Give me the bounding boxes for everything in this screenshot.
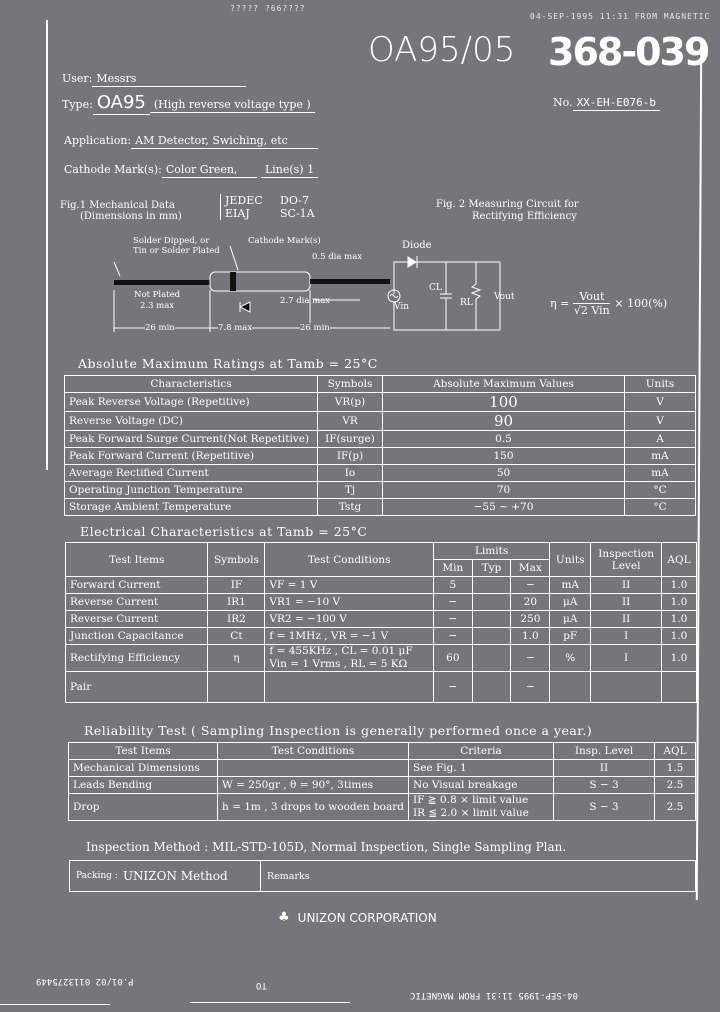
elec-cell-typ — [472, 577, 511, 594]
rel-cell-item: Mechanical Dimensions — [69, 760, 218, 777]
abs-cell-symbol: VR(p) — [318, 393, 383, 412]
formula-numerator: Vout — [573, 290, 610, 304]
abs-cell-value: 70 — [383, 482, 625, 499]
abs-cell-characteristic: Peak Forward Surge Current(Not Repetitiv… — [65, 431, 318, 448]
label-cathode-mark: Cathode Mark(s) — [248, 236, 321, 246]
right-margin-line — [696, 50, 702, 900]
label-not-plated-2: 2.3 max — [134, 301, 180, 312]
elec-cell-min: 5 — [433, 577, 472, 594]
label-not-plated: Not Plated 2.3 max — [134, 290, 180, 312]
rel-cell-insp: S − 3 — [554, 777, 655, 794]
type-value: OA95 — [93, 92, 150, 115]
company-logo: ♣ UNIZON CORPORATION — [278, 910, 437, 925]
fig2-label-cl: CL — [429, 283, 442, 293]
elec-cell-units: μA — [550, 611, 591, 628]
elec-cell-symbol: Ct — [208, 628, 265, 645]
doc-no-label: No. — [553, 96, 573, 109]
efficiency-formula: η = Vout √2 Vin × 100(%) — [550, 290, 667, 317]
fax-header-left: ????? ?66???? — [230, 4, 306, 13]
elec-cell-item: Pair — [66, 672, 208, 703]
application-label: Application: — [64, 134, 131, 147]
fig2-label-vin: Vin — [394, 302, 409, 312]
rel-cell-aql: 2.5 — [655, 794, 696, 821]
rel-col-cond: Test Conditions — [218, 743, 409, 760]
elec-cell-cond: f = 455KHz , CL = 0.01 μFVin = 1 Vrms , … — [265, 645, 434, 672]
rel-cell-crit: See Fig. 1 — [409, 760, 554, 777]
elec-cell-min: − — [433, 672, 472, 703]
table-row: Pair−− — [66, 672, 697, 703]
elec-cell-aql: 1.0 — [662, 645, 697, 672]
doc-no-value: XX-EH-E076-b — [573, 96, 660, 111]
elec-cell-aql: 1.0 — [662, 628, 697, 645]
rel-col-item: Test Items — [69, 743, 218, 760]
left-margin-line — [46, 20, 48, 470]
elec-cell-min: − — [433, 594, 472, 611]
reliability-title: Reliability Test ( Sampling Inspection i… — [84, 723, 592, 738]
elec-col-typ: Typ — [472, 560, 511, 577]
abs-col-characteristics: Characteristics — [65, 376, 318, 393]
abs-cell-symbol: IF(p) — [318, 448, 383, 465]
elec-cell-min: − — [433, 611, 472, 628]
elec-cell-units: % — [550, 645, 591, 672]
elec-cell-min: − — [433, 628, 472, 645]
table-row: Storage Ambient TemperatureTstg−55 ~ +70… — [65, 499, 696, 516]
type-note: (High reverse voltage type ) — [150, 98, 315, 113]
elec-cell-typ — [472, 645, 511, 672]
reliability-table: Test Items Test Conditions Criteria Insp… — [68, 742, 696, 821]
fig1-units: (Dimensions in mm) — [60, 211, 182, 222]
inspection-method-value: MIL-STD-105D, Normal Inspection, Single … — [212, 840, 566, 854]
elec-cell-max: − — [511, 577, 550, 594]
abs-col-symbols: Symbols — [318, 376, 383, 393]
handwritten-ref-no: 368-039 — [548, 30, 708, 74]
fax-footer-left: P.01/02 0113275449 — [36, 976, 134, 986]
cathode-field: Cathode Mark(s):Color Green, Line(s) 1 — [64, 163, 318, 176]
type-label: Type: — [62, 98, 93, 111]
elec-cell-insp: I — [591, 645, 662, 672]
fig2-label-diode: Diode — [402, 240, 432, 251]
rel-cell-item: Drop — [69, 794, 218, 821]
elec-col-aql: AQL — [662, 543, 697, 577]
elec-cell-max: − — [511, 672, 550, 703]
elec-col-symbol: Symbols — [208, 543, 265, 577]
elec-cell-aql: 1.0 — [662, 594, 697, 611]
elec-cell-insp: II — [591, 577, 662, 594]
fig1-title-block: Fig.1 Mechanical Data (Dimensions in mm) — [60, 200, 182, 222]
abs-max-title: Absolute Maximum Ratings at Tamb = 25°C — [78, 356, 378, 371]
table-row: Junction CapacitanceCtf = 1MHz , VR = −1… — [66, 628, 697, 645]
abs-cell-characteristic: Average Rectified Current — [65, 465, 318, 482]
elec-cell-typ — [472, 628, 511, 645]
elec-cell-symbol: IR1 — [208, 594, 265, 611]
user-label: User: — [62, 72, 92, 85]
handwritten-part-no: OA95/05 — [368, 30, 515, 70]
elec-cell-insp: II — [591, 611, 662, 628]
elec-cell-typ — [472, 611, 511, 628]
table-row: Reverse Voltage (DC)VR90V — [65, 412, 696, 431]
fig2-title-1: Fig. 2 Measuring Circuit for — [436, 199, 579, 211]
elec-col-item: Test Items — [66, 543, 208, 577]
abs-cell-characteristic: Storage Ambient Temperature — [65, 499, 318, 516]
elec-col-insp: Inspection Level — [591, 543, 662, 577]
label-lead-right: 26 min — [300, 323, 330, 333]
footer-rule-2 — [190, 1002, 350, 1003]
elec-cell-units — [550, 672, 591, 703]
elec-col-max: Max — [511, 560, 550, 577]
abs-cell-value: 50 — [383, 465, 625, 482]
abs-col-values: Absolute Maximum Values — [383, 376, 625, 393]
elec-cell-aql: 1.0 — [662, 611, 697, 628]
abs-cell-symbol: Tstg — [318, 499, 383, 516]
cathode-lines: Line(s) 1 — [261, 163, 318, 178]
label-body-dia: 2.7 dia max — [280, 296, 330, 306]
packing-value: UNIZON Method — [123, 869, 228, 883]
abs-max-table: Characteristics Symbols Absolute Maximum… — [64, 375, 696, 516]
rel-col-aql: AQL — [655, 743, 696, 760]
rel-cell-item: Leads Bending — [69, 777, 218, 794]
application-field: Application:AM Detector, Swiching, etc — [64, 134, 318, 147]
elec-cell-cond: VF = 1 V — [265, 577, 434, 594]
label-lead-left: 26 min — [145, 323, 175, 333]
table-row: Reverse CurrentIR2VR2 = −100 V−250μAII1.… — [66, 611, 697, 628]
abs-cell-symbol: Io — [318, 465, 383, 482]
remarks-label: Remarks — [261, 871, 310, 882]
elec-title: Electrical Characteristics at Tamb = 25°… — [80, 524, 367, 539]
packing-label: Packing : — [76, 871, 118, 881]
elec-table: Test Items Symbols Test Conditions Limit… — [65, 542, 697, 703]
abs-cell-value: −55 ~ +70 — [383, 499, 625, 516]
type-field: Type:OA95(High reverse voltage type ) — [62, 92, 315, 113]
company-name: UNIZON CORPORATION — [298, 911, 437, 925]
table-row: Reverse CurrentIR1VR1 = −10 V−20μAII1.0 — [66, 594, 697, 611]
elec-cell-units: mA — [550, 577, 591, 594]
abs-cell-unit: V — [625, 393, 696, 412]
elec-cell-cond — [265, 672, 434, 703]
elec-cond-line2: Vin = 1 Vrms , RL = 5 KΩ — [269, 658, 429, 671]
table-row: Peak Reverse Voltage (Repetitive)VR(p)10… — [65, 393, 696, 412]
elec-cell-units: μA — [550, 594, 591, 611]
elec-cell-min: 60 — [433, 645, 472, 672]
table-row: Droph = 1m , 3 drops to wooden boardIF ≧… — [69, 794, 696, 821]
rel-cell-crit: No Visual breakage — [409, 777, 554, 794]
elec-cell-typ — [472, 672, 511, 703]
std-eiaj-org: EIAJ — [225, 207, 280, 220]
table-row: Peak Forward Current (Repetitive)IF(p)15… — [65, 448, 696, 465]
inspection-method: Inspection Method : MIL-STD-105D, Normal… — [86, 840, 566, 854]
elec-col-min: Min — [433, 560, 472, 577]
packing-box: Packing : UNIZON Method Remarks — [69, 860, 696, 892]
elec-cell-max: 20 — [511, 594, 550, 611]
rel-cell-cond: h = 1m , 3 drops to wooden board — [218, 794, 409, 821]
elec-cell-aql — [662, 672, 697, 703]
user-value: Messrs — [92, 72, 246, 87]
formula-multiplier: × 100(%) — [614, 297, 667, 310]
label-lead-dia: 0.5 dia max — [312, 252, 362, 262]
table-row: Rectifying Efficiencyηf = 455KHz , CL = … — [66, 645, 697, 672]
abs-cell-value: 90 — [383, 412, 625, 431]
abs-cell-unit: °C — [625, 499, 696, 516]
rel-col-insp: Insp. Level — [554, 743, 655, 760]
abs-cell-characteristic: Reverse Voltage (DC) — [65, 412, 318, 431]
abs-cell-characteristic: Operating Junction Temperature — [65, 482, 318, 499]
rel-cell-crit: IF ≧ 0.8 × limit valueIR ≦ 2.0 × limit v… — [409, 794, 554, 821]
elec-cell-symbol: η — [208, 645, 265, 672]
elec-cell-item: Reverse Current — [66, 611, 208, 628]
elec-cell-symbol: IF — [208, 577, 265, 594]
label-solder-2: Tin or Solder Plated — [133, 246, 220, 256]
rel-cell-aql: 1.5 — [655, 760, 696, 777]
table-row: Leads BendingW = 250gr , θ = 90°, 3times… — [69, 777, 696, 794]
label-body-length: 7.8 max — [218, 323, 252, 333]
table-row: Operating Junction TemperatureTj70°C — [65, 482, 696, 499]
abs-cell-unit: A — [625, 431, 696, 448]
formula-eta: η = — [550, 297, 569, 310]
formula-denominator: √2 Vin — [574, 304, 610, 317]
formula-fraction: Vout √2 Vin — [573, 290, 610, 317]
elec-cell-cond: VR2 = −100 V — [265, 611, 434, 628]
std-jedec-val: DO-7 — [280, 194, 309, 207]
rel-cell-insp: II — [554, 760, 655, 777]
elec-cond-line1: f = 455KHz , CL = 0.01 μF — [269, 645, 429, 658]
abs-cell-symbol: Tj — [318, 482, 383, 499]
doc-number: No.XX-EH-E076-b — [553, 96, 660, 109]
abs-cell-value: 150 — [383, 448, 625, 465]
elec-cell-item: Rectifying Efficiency — [66, 645, 208, 672]
rel-cell-aql: 2.5 — [655, 777, 696, 794]
abs-cell-unit: °C — [625, 482, 696, 499]
label-not-plated-1: Not Plated — [134, 290, 180, 301]
abs-cell-value: 100 — [383, 393, 625, 412]
elec-col-limits: Limits — [433, 543, 549, 560]
table-row: Forward CurrentIFVF = 1 V5−mAII1.0 — [66, 577, 697, 594]
elec-cell-cond: VR1 = −10 V — [265, 594, 434, 611]
application-value: AM Detector, Swiching, etc — [131, 134, 318, 149]
abs-cell-unit: mA — [625, 448, 696, 465]
user-field: User:Messrs — [62, 72, 246, 85]
fig1-standards: JEDECDO-7 EIAJSC-1A — [220, 194, 315, 220]
rel-col-criteria: Criteria — [409, 743, 554, 760]
cathode-color: Color Green, — [162, 163, 258, 178]
elec-cell-symbol: IR2 — [208, 611, 265, 628]
rel-cell-cond: W = 250gr , θ = 90°, 3times — [218, 777, 409, 794]
fax-footer-right: 04-SEP-1995 11:31 FROM MAGNETIC — [410, 990, 578, 1000]
elec-cell-item: Reverse Current — [66, 594, 208, 611]
elec-cell-insp: I — [591, 628, 662, 645]
table-row: Average Rectified CurrentIo50mA — [65, 465, 696, 482]
fax-header-right: 04-SEP-1995 11:31 FROM MAGNETIC — [530, 12, 710, 21]
table-row: Mechanical DimensionsSee Fig. 1II1.5 — [69, 760, 696, 777]
elec-cell-aql: 1.0 — [662, 577, 697, 594]
std-eiaj-val: SC-1A — [280, 207, 315, 220]
rel-crit-line1: IF ≧ 0.8 × limit value — [413, 794, 549, 807]
measuring-circuit-schematic — [380, 250, 510, 335]
fig2-label-rl: RL — [460, 298, 473, 308]
std-jedec-org: JEDEC — [225, 194, 280, 207]
elec-cell-symbol — [208, 672, 265, 703]
footer-rule-1 — [0, 1004, 110, 1005]
packing-cell: Packing : UNIZON Method — [70, 861, 261, 891]
abs-cell-unit: V — [625, 412, 696, 431]
elec-cell-max: 250 — [511, 611, 550, 628]
abs-cell-symbol: IF(surge) — [318, 431, 383, 448]
fig1-title: Fig.1 Mechanical Data — [60, 200, 182, 211]
company-logo-icon: ♣ — [278, 910, 290, 925]
elec-cell-max: 1.0 — [511, 628, 550, 645]
abs-col-units: Units — [625, 376, 696, 393]
elec-cell-units: pF — [550, 628, 591, 645]
fig2-title: Fig. 2 Measuring Circuit for Rectifying … — [436, 199, 579, 223]
elec-col-units: Units — [550, 543, 591, 577]
elec-cell-insp — [591, 672, 662, 703]
label-solder-1: Solder Dipped, or — [133, 236, 220, 246]
fig2-title-2: Rectifying Efficiency — [436, 211, 579, 223]
fax-footer-mid: TO — [256, 980, 267, 990]
rel-cell-cond — [218, 760, 409, 777]
abs-cell-characteristic: Peak Forward Current (Repetitive) — [65, 448, 318, 465]
inspection-method-label: Inspection Method : — [86, 840, 208, 854]
table-row: Peak Forward Surge Current(Not Repetitiv… — [65, 431, 696, 448]
elec-cell-insp: II — [591, 594, 662, 611]
elec-cell-item: Forward Current — [66, 577, 208, 594]
rel-crit-line2: IR ≦ 2.0 × limit value — [413, 807, 549, 820]
elec-col-cond: Test Conditions — [265, 543, 434, 577]
fig2-label-vout: Vout — [494, 292, 515, 302]
elec-cell-cond: f = 1MHz , VR = −1 V — [265, 628, 434, 645]
elec-cell-typ — [472, 594, 511, 611]
cathode-label: Cathode Mark(s): — [64, 163, 162, 176]
label-solder: Solder Dipped, or Tin or Solder Plated — [133, 236, 220, 256]
abs-cell-characteristic: Peak Reverse Voltage (Repetitive) — [65, 393, 318, 412]
abs-cell-unit: mA — [625, 465, 696, 482]
elec-cell-item: Junction Capacitance — [66, 628, 208, 645]
abs-cell-symbol: VR — [318, 412, 383, 431]
abs-cell-value: 0.5 — [383, 431, 625, 448]
elec-cell-max: − — [511, 645, 550, 672]
rel-cell-insp: S − 3 — [554, 794, 655, 821]
